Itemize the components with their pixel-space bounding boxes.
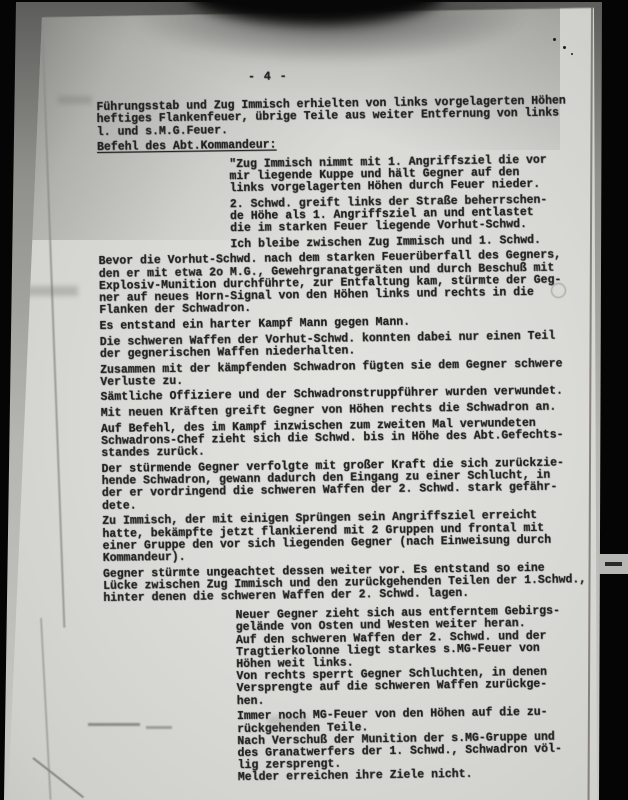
report-paragraph: Neuer Gegner zieht sich aus entferntem G… [236, 605, 589, 708]
paragraph: Zu Immisch, der mit einigen Sprüngen sei… [102, 509, 587, 565]
stain-mark [146, 726, 172, 729]
paragraph: Auf Befehl, des im Kampf inzwischen zum … [101, 417, 585, 460]
order-paragraph: 2. Schwd. greift links der Straße beherr… [230, 194, 582, 236]
paragraph: Führungsstab und Zug Immisch erhielten v… [96, 95, 580, 138]
stain-mark [88, 723, 140, 726]
ink-speck [571, 53, 573, 55]
ink-ring-mark [551, 283, 566, 298]
paragraph: Die schweren Waffen der Vorhut-Schwd. ko… [100, 330, 584, 361]
smudge-mark [268, 716, 308, 725]
ink-speck [553, 38, 556, 41]
section-heading: Befehl des Abt.Kommandeur: [97, 136, 581, 155]
document-body: - 4 - Führungsstab und Zug Immisch erhie… [96, 67, 590, 790]
smudge-mark [58, 96, 92, 104]
ink-speck [563, 46, 566, 49]
paragraph: Gegner stürmte ungeachtet dessen weiter … [103, 562, 587, 605]
edge-notch-mark [605, 562, 622, 566]
paragraph: Der stürmende Gegner verfolgte mit große… [101, 457, 586, 513]
document-page: - 4 - Führungsstab und Zug Immisch erhie… [0, 0, 628, 800]
scanned-document: - 4 - Führungsstab und Zug Immisch erhie… [0, 0, 628, 800]
corner-fold-mark [32, 757, 84, 798]
paragraph: Bevor die Vorhut-Schwd. nach dem starken… [99, 250, 584, 318]
order-paragraph: "Zug Immisch nimmt mit 1. Angriffsziel d… [229, 154, 581, 196]
